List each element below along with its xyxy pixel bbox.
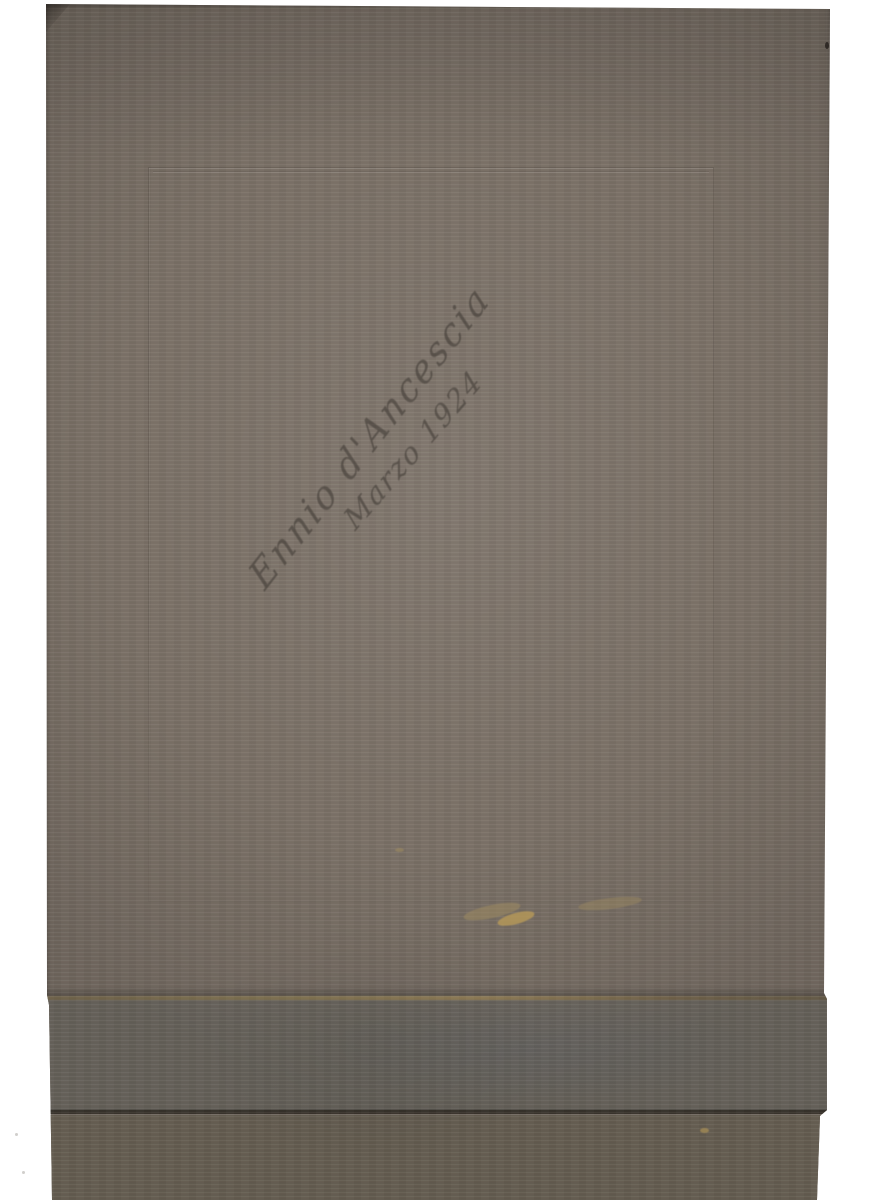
scuff-speck: [395, 848, 404, 852]
bottom-flap: [46, 1115, 831, 1200]
background-speck: [15, 1133, 18, 1136]
embossed-frame-inner-line: [153, 172, 709, 173]
embossed-frame: [148, 167, 714, 902]
scuff-speck: [700, 1128, 709, 1133]
fold-crease-bottom: [46, 1110, 831, 1114]
edge-nick: [825, 42, 829, 49]
background-speck: [22, 1171, 25, 1174]
photo-card-back: Ennio d'Ancescia Marzo 1924: [46, 4, 831, 1200]
corner-notch: [46, 4, 70, 32]
fold-band: [46, 1000, 831, 1112]
photo-backdrop: Ennio d'Ancescia Marzo 1924: [0, 0, 872, 1200]
fold-crease-shadow: [46, 987, 831, 996]
fold-crease-top: [46, 996, 831, 1000]
